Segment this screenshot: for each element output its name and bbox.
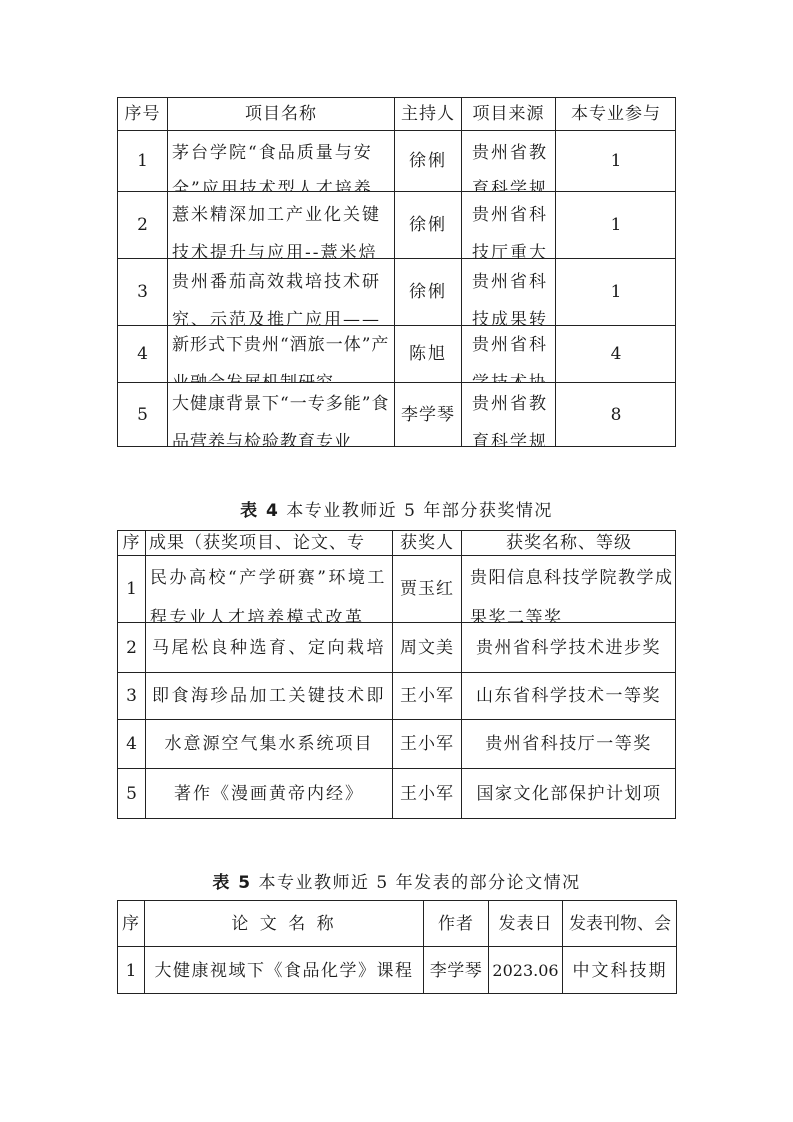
row-1-publish-date: 2023.06 [489, 947, 563, 994]
header-host: 主持人 [395, 98, 462, 131]
row-1-host: 徐俐 [395, 131, 462, 192]
row-4-participants: 4 [556, 326, 676, 383]
row-1-winner: 贾玉红 [393, 556, 462, 623]
row-5-no: 5 [118, 769, 146, 819]
table-5-label: 表 5 [212, 873, 251, 893]
header-no: 序 [118, 531, 146, 556]
row-1-paper-title: 大健康视域下《食品化学》课程 [145, 947, 424, 994]
row-4-achievement: 水意源空气集水系统项目 [146, 720, 393, 769]
header-participants: 本专业参与 [556, 98, 676, 131]
row-5-source: 贵州省教育科学规 [462, 383, 556, 447]
table-4-caption: 本专业教师近 5 年部分获奖情况 [286, 501, 553, 521]
row-3-host: 徐俐 [395, 259, 462, 326]
header-project-name: 项目名称 [168, 98, 395, 131]
project-table: 序号 项目名称 主持人 项目来源 本专业参与 1 茅台学院“食品质量与安全”应用… [117, 97, 676, 447]
row-4-host: 陈旭 [395, 326, 462, 383]
row-5-no: 5 [118, 383, 168, 447]
row-5-achievement: 著作《漫画黄帝内经》 [146, 769, 393, 819]
row-2-participants: 1 [556, 192, 676, 259]
row-4-project-name: 新形式下贵州“酒旅一体”产业融合发展机制研究 [168, 326, 395, 383]
row-1-project-name: 茅台学院“食品质量与安全”应用技术型人才培养 [168, 131, 395, 192]
row-2-award: 贵州省科学技术进步奖 [462, 623, 676, 673]
row-2-source: 贵州省科技厅重大 [462, 192, 556, 259]
header-no: 序 [118, 901, 145, 947]
row-1-award: 贵阳信息科技学院教学成果奖二等奖 [462, 556, 676, 623]
row-2-no: 2 [118, 623, 146, 673]
header-winner: 获奖人 [393, 531, 462, 556]
row-2-project-name: 薏米精深加工产业化关键技术提升与应用--薏米焙 [168, 192, 395, 259]
row-1-journal: 中文科技期 [563, 947, 677, 994]
row-4-source: 贵州省科学技术协 [462, 326, 556, 383]
row-1-no: 1 [118, 947, 145, 994]
row-4-no: 4 [118, 720, 146, 769]
row-5-participants: 8 [556, 383, 676, 447]
row-4-no: 4 [118, 326, 168, 383]
header-award: 获奖名称、等级 [462, 531, 676, 556]
row-3-participants: 1 [556, 259, 676, 326]
header-paper-title: 论 文 名 称 [145, 901, 424, 947]
row-5-project-name: 大健康背景下“一专多能”食品营养与检验教育专业 [168, 383, 395, 447]
row-1-author: 李学琴 [424, 947, 489, 994]
row-4-award: 贵州省科技厅一等奖 [462, 720, 676, 769]
row-3-achievement: 即食海珍品加工关键技术即 [146, 673, 393, 720]
header-source: 项目来源 [462, 98, 556, 131]
row-2-winner: 周文美 [393, 623, 462, 673]
row-2-host: 徐俐 [395, 192, 462, 259]
row-4-winner: 王小军 [393, 720, 462, 769]
table-4-label: 表 4 [240, 501, 279, 521]
row-3-winner: 王小军 [393, 673, 462, 720]
row-3-award: 山东省科学技术一等奖 [462, 673, 676, 720]
row-5-award: 国家文化部保护计划项 [462, 769, 676, 819]
row-1-participants: 1 [556, 131, 676, 192]
row-2-achievement: 马尾松良种选育、定向栽培 [146, 623, 393, 673]
row-3-project-name: 贵州番茄高效栽培技术研究、示范及推广应用—— [168, 259, 395, 326]
row-1-no: 1 [118, 131, 168, 192]
row-3-no: 3 [118, 259, 168, 326]
header-publish-date: 发表日 [489, 901, 563, 947]
row-1-achievement: 民办高校“产学研赛”环境工程专业人才培养模式改革 [146, 556, 393, 623]
row-2-no: 2 [118, 192, 168, 259]
table-4-title: 表 4 本专业教师近 5 年部分获奖情况 [0, 496, 793, 521]
row-1-no: 1 [118, 556, 146, 623]
header-no: 序号 [118, 98, 168, 131]
table-5-title: 表 5 本专业教师近 5 年发表的部分论文情况 [0, 868, 793, 893]
papers-table: 序 论 文 名 称 作者 发表日 发表刊物、会 1 大健康视域下《食品化学》课程… [117, 900, 677, 994]
row-3-no: 3 [118, 673, 146, 720]
header-author: 作者 [424, 901, 489, 947]
awards-table: 序 成果（获奖项目、论文、专 获奖人 获奖名称、等级 1 民办高校“产学研赛”环… [117, 530, 676, 819]
row-5-winner: 王小军 [393, 769, 462, 819]
row-5-host: 李学琴 [395, 383, 462, 447]
header-achievement: 成果（获奖项目、论文、专 [146, 531, 393, 556]
header-journal: 发表刊物、会 [563, 901, 677, 947]
row-3-source: 贵州省科技成果转 [462, 259, 556, 326]
row-1-source: 贵州省教育科学规 [462, 131, 556, 192]
table-5-caption: 本专业教师近 5 年发表的部分论文情况 [259, 873, 581, 893]
